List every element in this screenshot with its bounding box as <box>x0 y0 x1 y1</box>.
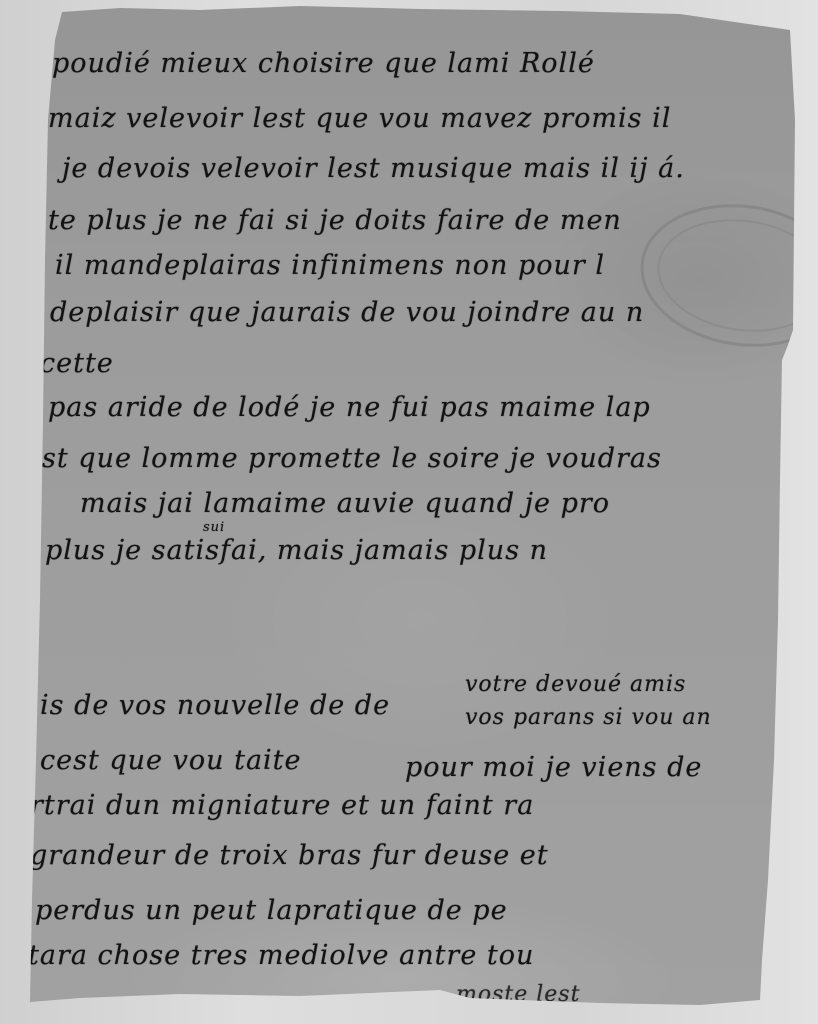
signature-line-1: votre devoué amis <box>465 672 686 697</box>
letter-line-8: pas aride de lodé je ne fui pas maime la… <box>48 392 651 423</box>
letter-line-17: tara chose tres mediolve antre tou <box>28 940 534 971</box>
signature-line-2: vos parans si vou an <box>465 705 712 730</box>
letter-line-2: maiz velevoir lest que vou mavez promis … <box>48 103 671 134</box>
archive-stamp <box>631 191 818 359</box>
letter-line-14: rtrai dun migniature et un faint ra <box>30 790 534 821</box>
letter-line-10: mais jai lamaime auvie quand je pro <box>80 488 610 519</box>
letter-line-13: cest que vou taite <box>40 745 302 776</box>
letter-line-12: is de vos nouvelle de de <box>40 690 390 721</box>
letter-line-11: plus je satisfai, mais jamais plus n <box>45 535 548 566</box>
letter-line-1: poudié mieux choisire que lami Rollé <box>52 48 595 79</box>
letter-line-16: perdus un peut lapratique de pe <box>35 895 508 926</box>
letter-line-15: grandeur de troix bras fur deuse et <box>30 840 549 871</box>
letter-line-3: je devois velevoir lest musique mais il … <box>62 153 685 184</box>
letter-line-5: il mandeplairas infinimens non pour l <box>55 250 605 281</box>
letter-line-7: cette <box>40 348 114 379</box>
interlinear-note-sui: sui <box>203 520 225 535</box>
archive-stamp-inner-ring <box>650 209 818 343</box>
letter-line-13b: pour moi je viens de <box>405 752 702 783</box>
letter-page: poudié mieux choisire que lami Rollé mai… <box>0 0 818 1024</box>
letter-line-9: st que lomme promette le soire je voudra… <box>42 443 662 474</box>
letter-line-6: deplaisir que jaurais de vou joindre au … <box>50 297 644 328</box>
letter-line-4: te plus je ne fai si je doits faire de m… <box>48 205 622 236</box>
